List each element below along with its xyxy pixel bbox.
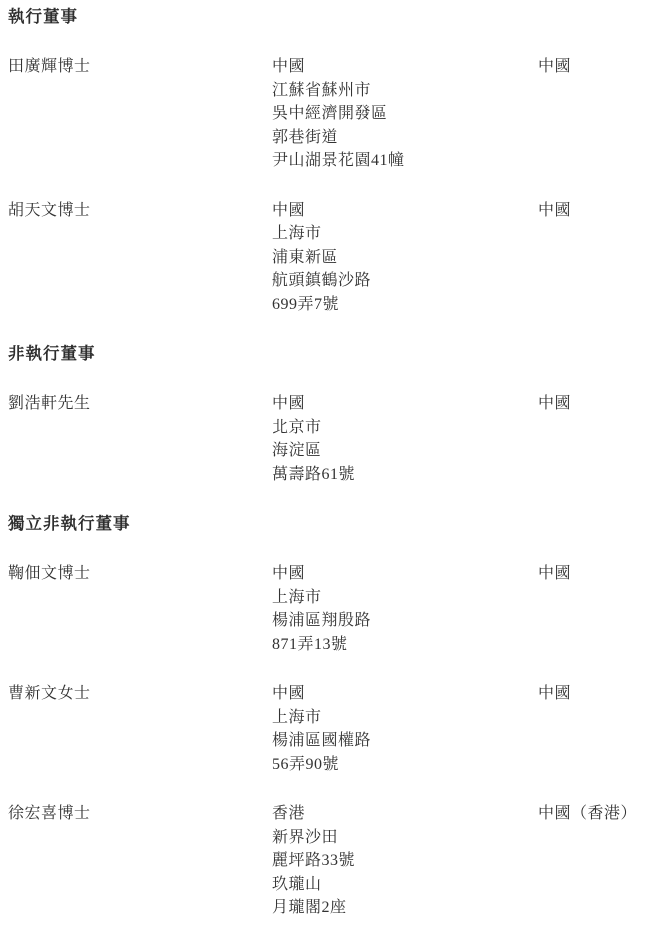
section-heading: 執行董事: [8, 5, 652, 29]
address-line: 中國: [272, 199, 538, 223]
address-line: 上海市: [272, 586, 538, 610]
address-line: 上海市: [272, 222, 538, 246]
director-address: 香港新界沙田麗坪路33號玖瓏山月瓏閣2座: [272, 802, 538, 920]
director-name: 鞠佃文博士: [8, 562, 272, 586]
director-address: 中國上海市楊浦區國權路56弄90號: [272, 682, 538, 776]
director-name: 徐宏喜博士: [8, 802, 272, 826]
address-line: 新界沙田: [272, 826, 538, 850]
address-line: 萬壽路61號: [272, 463, 538, 487]
address-line: 上海市: [272, 706, 538, 730]
director-row: 劉浩軒先生 中國北京市海淀區萬壽路61號 中國: [8, 392, 652, 486]
director-address: 中國上海市楊浦區翔殷路871弄13號: [272, 562, 538, 656]
section-heading: 獨立非執行董事: [8, 512, 652, 536]
address-line: 吳中經濟開發區: [272, 102, 538, 126]
address-line: 56弄90號: [272, 753, 538, 777]
address-line: 尹山湖景花園41幢: [272, 149, 538, 173]
director-name: 劉浩軒先生: [8, 392, 272, 416]
directors-list: 執行董事 田廣輝博士 中國江蘇省蘇州市吳中經濟開發區郭巷街道尹山湖景花園41幢 …: [8, 5, 652, 920]
address-line: 699弄7號: [272, 293, 538, 317]
address-line: 麗坪路33號: [272, 849, 538, 873]
address-line: 楊浦區國權路: [272, 729, 538, 753]
address-line: 航頭鎮鶴沙路: [272, 269, 538, 293]
director-section: 獨立非執行董事 鞠佃文博士 中國上海市楊浦區翔殷路871弄13號 中國 曹新文女…: [8, 512, 652, 920]
director-row: 田廣輝博士 中國江蘇省蘇州市吳中經濟開發區郭巷街道尹山湖景花園41幢 中國: [8, 55, 652, 173]
address-line: 楊浦區翔殷路: [272, 609, 538, 633]
address-line: 中國: [272, 562, 538, 586]
director-nationality: 中國（香港）: [538, 802, 652, 826]
address-line: 北京市: [272, 416, 538, 440]
director-name: 曹新文女士: [8, 682, 272, 706]
director-section: 非執行董事 劉浩軒先生 中國北京市海淀區萬壽路61號 中國: [8, 342, 652, 486]
address-line: 中國: [272, 682, 538, 706]
director-nationality: 中國: [538, 562, 652, 586]
address-line: 海淀區: [272, 439, 538, 463]
director-nationality: 中國: [538, 682, 652, 706]
address-line: 中國: [272, 55, 538, 79]
address-line: 中國: [272, 392, 538, 416]
director-name: 田廣輝博士: [8, 55, 272, 79]
director-nationality: 中國: [538, 392, 652, 416]
director-nationality: 中國: [538, 55, 652, 79]
address-line: 871弄13號: [272, 633, 538, 657]
director-section: 執行董事 田廣輝博士 中國江蘇省蘇州市吳中經濟開發區郭巷街道尹山湖景花園41幢 …: [8, 5, 652, 316]
address-line: 玖瓏山: [272, 873, 538, 897]
director-row: 胡天文博士 中國上海市浦東新區航頭鎮鶴沙路699弄7號 中國: [8, 199, 652, 317]
director-row: 曹新文女士 中國上海市楊浦區國權路56弄90號 中國: [8, 682, 652, 776]
director-nationality: 中國: [538, 199, 652, 223]
director-row: 鞠佃文博士 中國上海市楊浦區翔殷路871弄13號 中國: [8, 562, 652, 656]
section-heading: 非執行董事: [8, 342, 652, 366]
director-address: 中國上海市浦東新區航頭鎮鶴沙路699弄7號: [272, 199, 538, 317]
director-row: 徐宏喜博士 香港新界沙田麗坪路33號玖瓏山月瓏閣2座 中國（香港）: [8, 802, 652, 920]
address-line: 郭巷街道: [272, 126, 538, 150]
address-line: 浦東新區: [272, 246, 538, 270]
director-address: 中國北京市海淀區萬壽路61號: [272, 392, 538, 486]
director-name: 胡天文博士: [8, 199, 272, 223]
address-line: 香港: [272, 802, 538, 826]
address-line: 月瓏閣2座: [272, 896, 538, 920]
address-line: 江蘇省蘇州市: [272, 79, 538, 103]
director-address: 中國江蘇省蘇州市吳中經濟開發區郭巷街道尹山湖景花園41幢: [272, 55, 538, 173]
